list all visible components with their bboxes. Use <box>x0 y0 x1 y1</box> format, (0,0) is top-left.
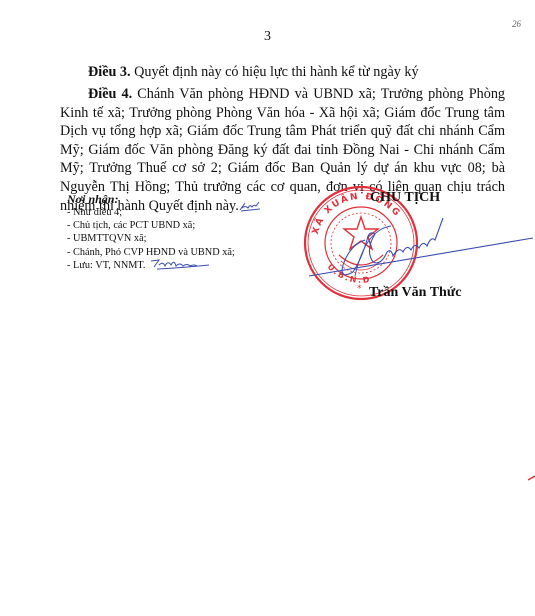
article-4-label: Điều 4. <box>88 86 132 102</box>
recipients-title: Nơi nhận: <box>67 192 235 206</box>
clerk-signature-icon <box>149 257 211 271</box>
article-3: Điều 3. Quyết định này có hiệu lực thi h… <box>60 63 505 82</box>
article-3-text: Quyết định này có hiệu lực thi hành kể t… <box>131 64 419 80</box>
recipient-item: - Như điều 4; <box>67 206 235 219</box>
recipient-item: - UBMTTQVN xã; <box>67 232 235 245</box>
recipients-block: Nơi nhận: - Như điều 4; - Chủ tịch, các … <box>67 192 235 272</box>
recipient-item: - Lưu: VT, NNMT. <box>67 259 235 272</box>
initial-signature-icon <box>239 200 261 212</box>
page-number: 3 <box>0 29 535 45</box>
recipient-item: - Chủ tịch, các PCT UBND xã; <box>67 219 235 232</box>
signer-name: Trần Văn Thức <box>369 285 461 301</box>
page-corner-annotation: 26 <box>512 19 521 29</box>
red-edge-mark-icon <box>528 475 535 481</box>
article-3-label: Điều 3. <box>88 64 131 80</box>
